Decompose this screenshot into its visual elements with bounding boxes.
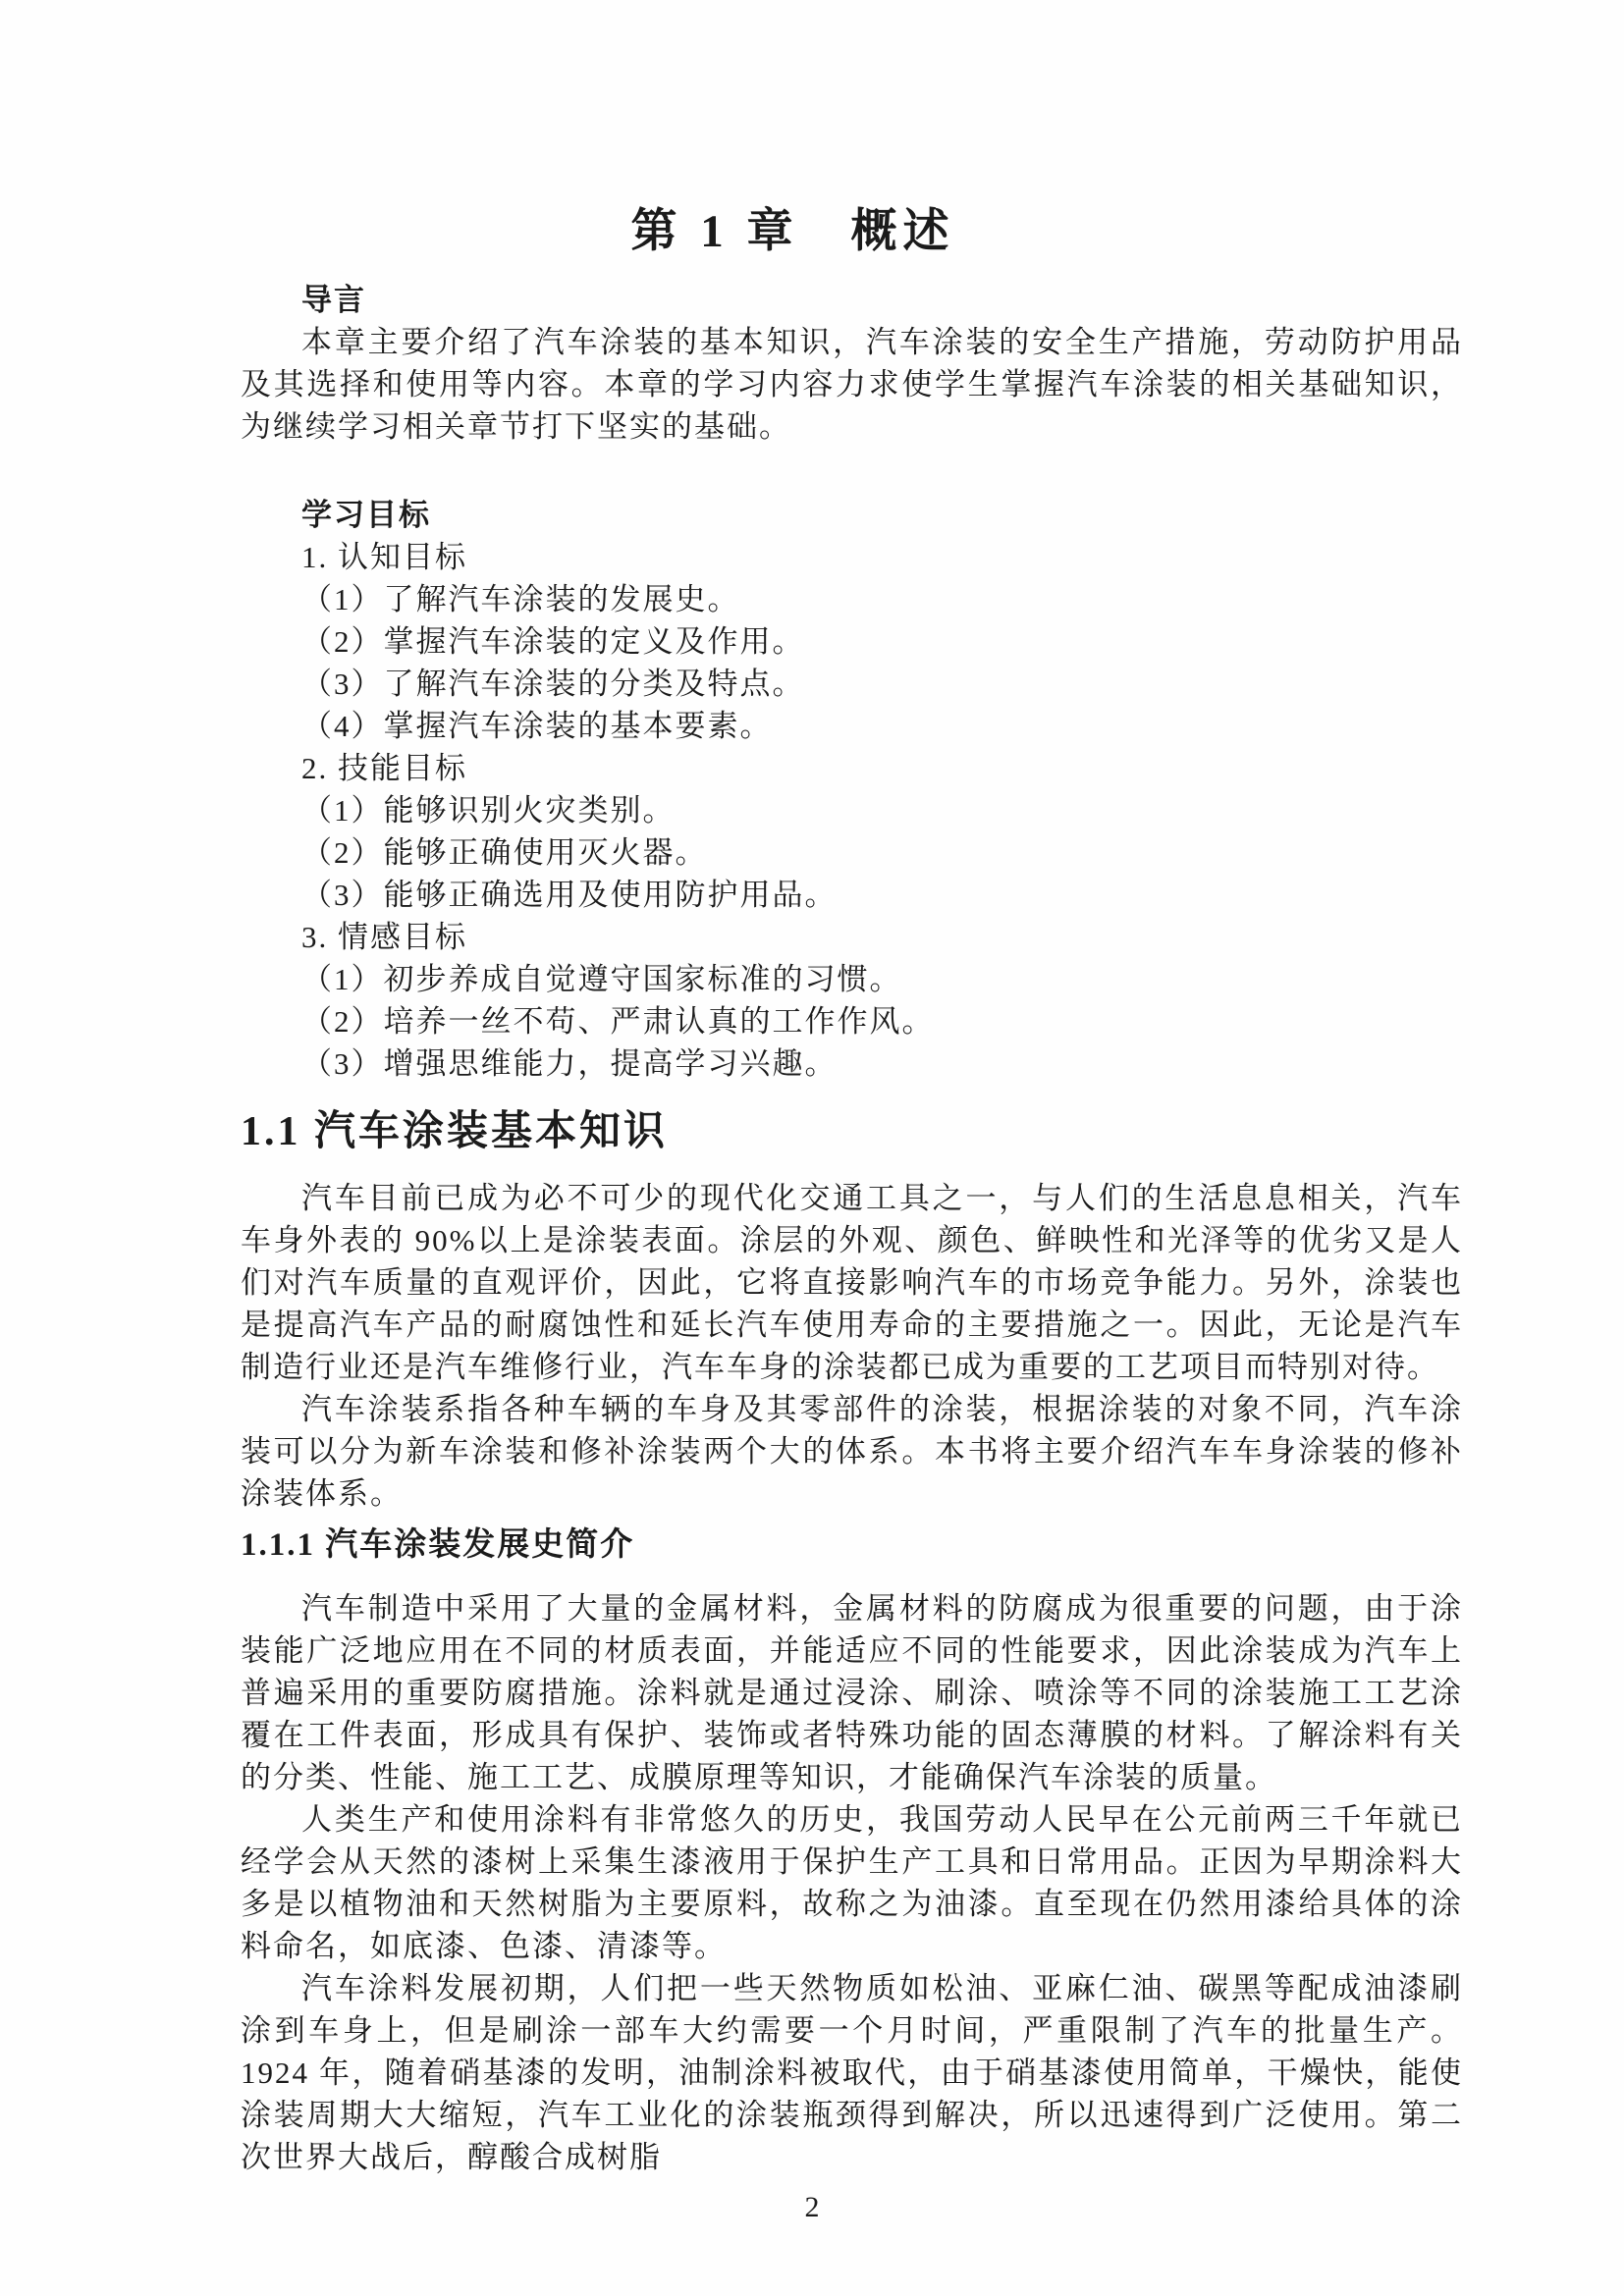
page-number: 2 [0, 2188, 1624, 2227]
intro-heading: 导言 [241, 279, 1463, 321]
intro-paragraph: 本章主要介绍了汽车涂装的基本知识，汽车涂装的安全生产措施，劳动防护用品及其选择和… [241, 321, 1463, 448]
objective-item: （3）增强思维能力，提高学习兴趣。 [241, 1042, 1463, 1085]
body-paragraph: 汽车涂料发展初期，人们把一些天然物质如松油、亚麻仁油、碳黑等配成油漆刷涂到车身上… [241, 1967, 1463, 2178]
objective-item: （2）掌握汽车涂装的定义及作用。 [241, 620, 1463, 663]
objective-item: （1）了解汽车涂装的发展史。 [241, 578, 1463, 620]
objective-item: （2）能够正确使用灭火器。 [241, 831, 1463, 874]
body-paragraph: 汽车目前已成为必不可少的现代化交通工具之一，与人们的生活息息相关，汽车车身外表的… [241, 1177, 1463, 1388]
objective-item: （3）了解汽车涂装的分类及特点。 [241, 663, 1463, 705]
document-page: 第 1 章 概述 导言 本章主要介绍了汽车涂装的基本知识，汽车涂装的安全生产措施… [0, 0, 1624, 2296]
body-paragraph: 汽车涂装系指各种车辆的车身及其零部件的涂装，根据涂装的对象不同，汽车涂装可以分为… [241, 1388, 1463, 1515]
objective-item-skill: 2. 技能目标 [241, 747, 1463, 789]
body-paragraph: 汽车制造中采用了大量的金属材料，金属材料的防腐成为很重要的问题，由于涂装能广泛地… [241, 1587, 1463, 1798]
subsection-heading-1-1-1: 1.1.1 汽车涂装发展史简介 [241, 1524, 1463, 1567]
objectives-list: 1. 认知目标 （1）了解汽车涂装的发展史。 （2）掌握汽车涂装的定义及作用。 … [241, 536, 1463, 1085]
objective-item: （1）初步养成自觉遵守国家标准的习惯。 [241, 958, 1463, 1000]
objective-item: （3）能够正确选用及使用防护用品。 [241, 874, 1463, 916]
objective-item-cognitive: 1. 认知目标 [241, 536, 1463, 578]
objective-item-affective: 3. 情感目标 [241, 916, 1463, 958]
objective-item: （1）能够识别火灾类别。 [241, 789, 1463, 831]
page-content: 第 1 章 概述 导言 本章主要介绍了汽车涂装的基本知识，汽车涂装的安全生产措施… [0, 0, 1624, 2178]
chapter-title: 第 1 章 概述 [182, 0, 1404, 261]
objectives-heading: 学习目标 [241, 494, 1463, 536]
objective-item: （2）培养一丝不苟、严肃认真的工作作风。 [241, 1000, 1463, 1042]
body-paragraph: 人类生产和使用涂料有非常悠久的历史，我国劳动人民早在公元前两三千年就已经学会从天… [241, 1798, 1463, 1967]
section-heading-1-1: 1.1 汽车涂装基本知识 [241, 1106, 1463, 1157]
objective-item: （4）掌握汽车涂装的基本要素。 [241, 705, 1463, 747]
